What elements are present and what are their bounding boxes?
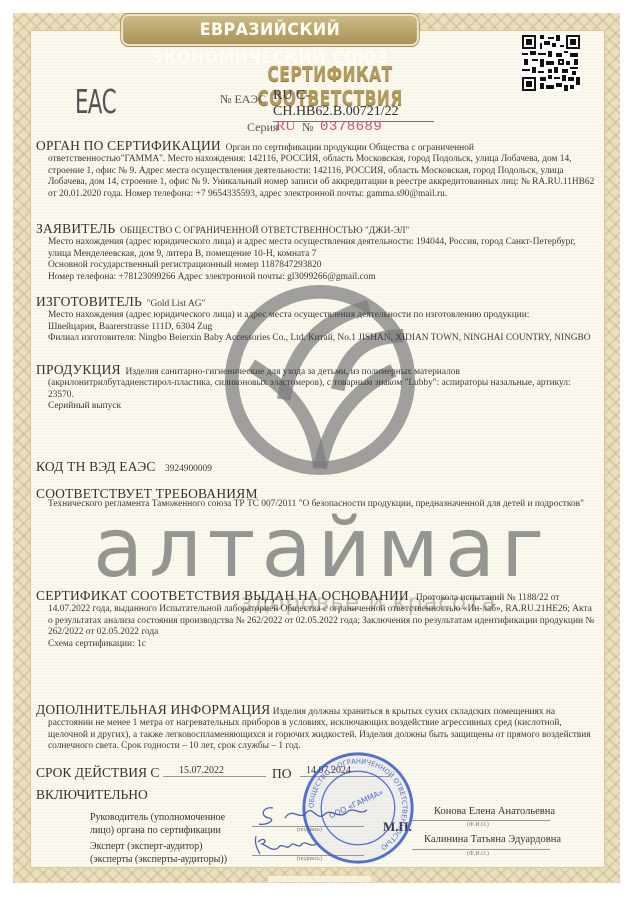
section-applicant: ЗАЯВИТЕЛЬ ОБЩЕСТВО С ОГРАНИЧЕННОЙ ОТВЕТС… <box>36 223 596 283</box>
validity-to-label: ПО <box>272 766 292 782</box>
additional-info-heading: ДОПОЛНИТЕЛЬНАЯ ИНФОРМАЦИЯ <box>36 702 270 717</box>
manufacturer-branch: Филиал изготовителя: Ningbo Beierxin Bab… <box>36 333 596 344</box>
manufacturer-address: Швейцария, Baarerstrasse 111D, 6304 Zug <box>36 322 596 333</box>
applicant-heading: ЗАЯВИТЕЛЬ <box>36 221 115 236</box>
validity-inclusive: ВКЛЮЧИТЕЛЬНО <box>36 784 159 806</box>
product-release: Серийный выпуск <box>36 401 596 412</box>
certification-body-text: ответственностью"ГАММА". Место нахождени… <box>36 154 596 200</box>
section-product: ПРОДУКЦИЯ Изделия санитарно-гигиенически… <box>36 364 596 413</box>
head-label-line-1: Руководитель (уполномоченное <box>90 812 225 825</box>
applicant-name: ОБЩЕСТВО С ОГРАНИЧЕННОЙ ОТВЕТСТВЕННОСТЬЮ… <box>120 226 409 236</box>
qr-code-icon[interactable] <box>522 35 580 91</box>
validity-from-label: СРОК ДЕЙСТВИЯ С <box>36 762 159 784</box>
certification-body-first-line: Орган по сертификации продукции Общества… <box>226 143 474 153</box>
manufacturer-name: "Gold List AG" <box>147 299 206 309</box>
manufacturer-address-label: Место нахождения (адрес юридического лиц… <box>36 310 596 321</box>
certificate-number: RU C-CH.HB62.B.00721/22 <box>273 88 434 122</box>
validity-from-date: 15.07.2022 <box>163 765 266 777</box>
section-certification-body: ОРГАН ПО СЕРТИФИКАЦИИ Орган по сертифика… <box>36 140 596 200</box>
union-banner: ЕВРАЗИЙСКИЙ ЭКОНОМИЧЕСКИЙ СОЮЗ <box>121 14 419 46</box>
applicant-address: Место нахождения (адрес юридического лиц… <box>36 237 596 260</box>
expert-label-line-2: (эксперты (эксперты-аудиторы)) <box>90 854 227 867</box>
series-number-label: № <box>302 120 313 135</box>
head-label: Руководитель (уполномоченное лицо) орган… <box>90 812 225 837</box>
manufacturer-heading: ИЗГОТОВИТЕЛЬ <box>36 294 142 309</box>
section-additional-info: ДОПОЛНИТЕЛЬНАЯ ИНФОРМАЦИЯ Изделия должны… <box>36 704 596 753</box>
series-label: Серия <box>247 120 278 135</box>
expert-fio-hint: (Ф.И.О.) <box>467 851 489 857</box>
product-heading: ПРОДУКЦИЯ <box>36 362 121 377</box>
eac-mark-icon: ЕАС <box>75 82 116 121</box>
section-hs-code: КОД ТН ВЭД ЕАЭС 3924900009 <box>36 461 596 475</box>
certification-body-heading: ОРГАН ПО СЕРТИФИКАЦИИ <box>36 138 221 153</box>
product-first-line: Изделия санитарно-гигиенические для уход… <box>125 367 459 377</box>
official-stamp-icon: ОБЩЕСТВО С ОГРАНИЧЕННОЙ ОТВЕТСТВЕННОСТЬЮ… <box>300 750 416 866</box>
compliance-heading: СООТВЕТСТВУЕТ ТРЕБОВАНИЯМ <box>36 488 596 499</box>
product-description: (акрилонитрилбутадиенстирол-пластика, си… <box>36 378 596 401</box>
basis-text: 14.07.2022 года, выданного Испытательной… <box>36 604 596 638</box>
certificate-number-label: № ЕАЭС <box>220 92 266 107</box>
footer-print-strip <box>268 876 371 882</box>
expert-name-line <box>412 849 550 850</box>
head-fio-hint: (Ф.И.О.) <box>467 822 489 828</box>
additional-info-first-line: Изделия должны храниться в крытых сухих … <box>273 707 555 717</box>
hs-code-heading: КОД ТН ВЭД ЕАЭС <box>36 459 156 474</box>
head-name-line <box>412 820 550 821</box>
watermark-brand: алтаймаг <box>93 508 550 590</box>
head-name: Конова Елена Анатольевна <box>434 806 555 817</box>
series-number: 0378689 <box>320 119 382 135</box>
additional-info-text: расстоянии не менее 1 метра от нагревате… <box>36 718 596 752</box>
expert-label: Эксперт (эксперт-аудитор) (эксперты (экс… <box>90 841 227 866</box>
basis-scheme: Схема сертификации: 1с <box>36 639 596 650</box>
expert-label-line-1: Эксперт (эксперт-аудитор) <box>90 841 227 854</box>
applicant-ogrn: Основной государственный регистрационный… <box>36 260 596 271</box>
series-value: RU <box>276 119 295 135</box>
validity-block: СРОК ДЕЙСТВИЯ С ВКЛЮЧИТЕЛЬНО <box>36 762 159 806</box>
hs-code-value: 3924900009 <box>165 464 212 474</box>
applicant-contacts: Номер телефона: +78123099266 Адрес элект… <box>36 272 596 283</box>
basis-heading: СЕРТИФИКАТ СООТВЕТСТВИЯ ВЫДАН НА ОСНОВАН… <box>36 588 409 603</box>
basis-first-line: Протокола испытаний № 1188/22 от <box>416 593 559 603</box>
head-label-line-2: лицо) органа по сертификации <box>90 825 225 838</box>
expert-name: Калинина Татьяна Эдуардовна <box>424 834 561 845</box>
section-manufacturer: ИЗГОТОВИТЕЛЬ "Gold List AG" Место нахожд… <box>36 296 596 345</box>
section-basis: СЕРТИФИКАТ СООТВЕТСТВИЯ ВЫДАН НА ОСНОВАН… <box>36 590 596 650</box>
